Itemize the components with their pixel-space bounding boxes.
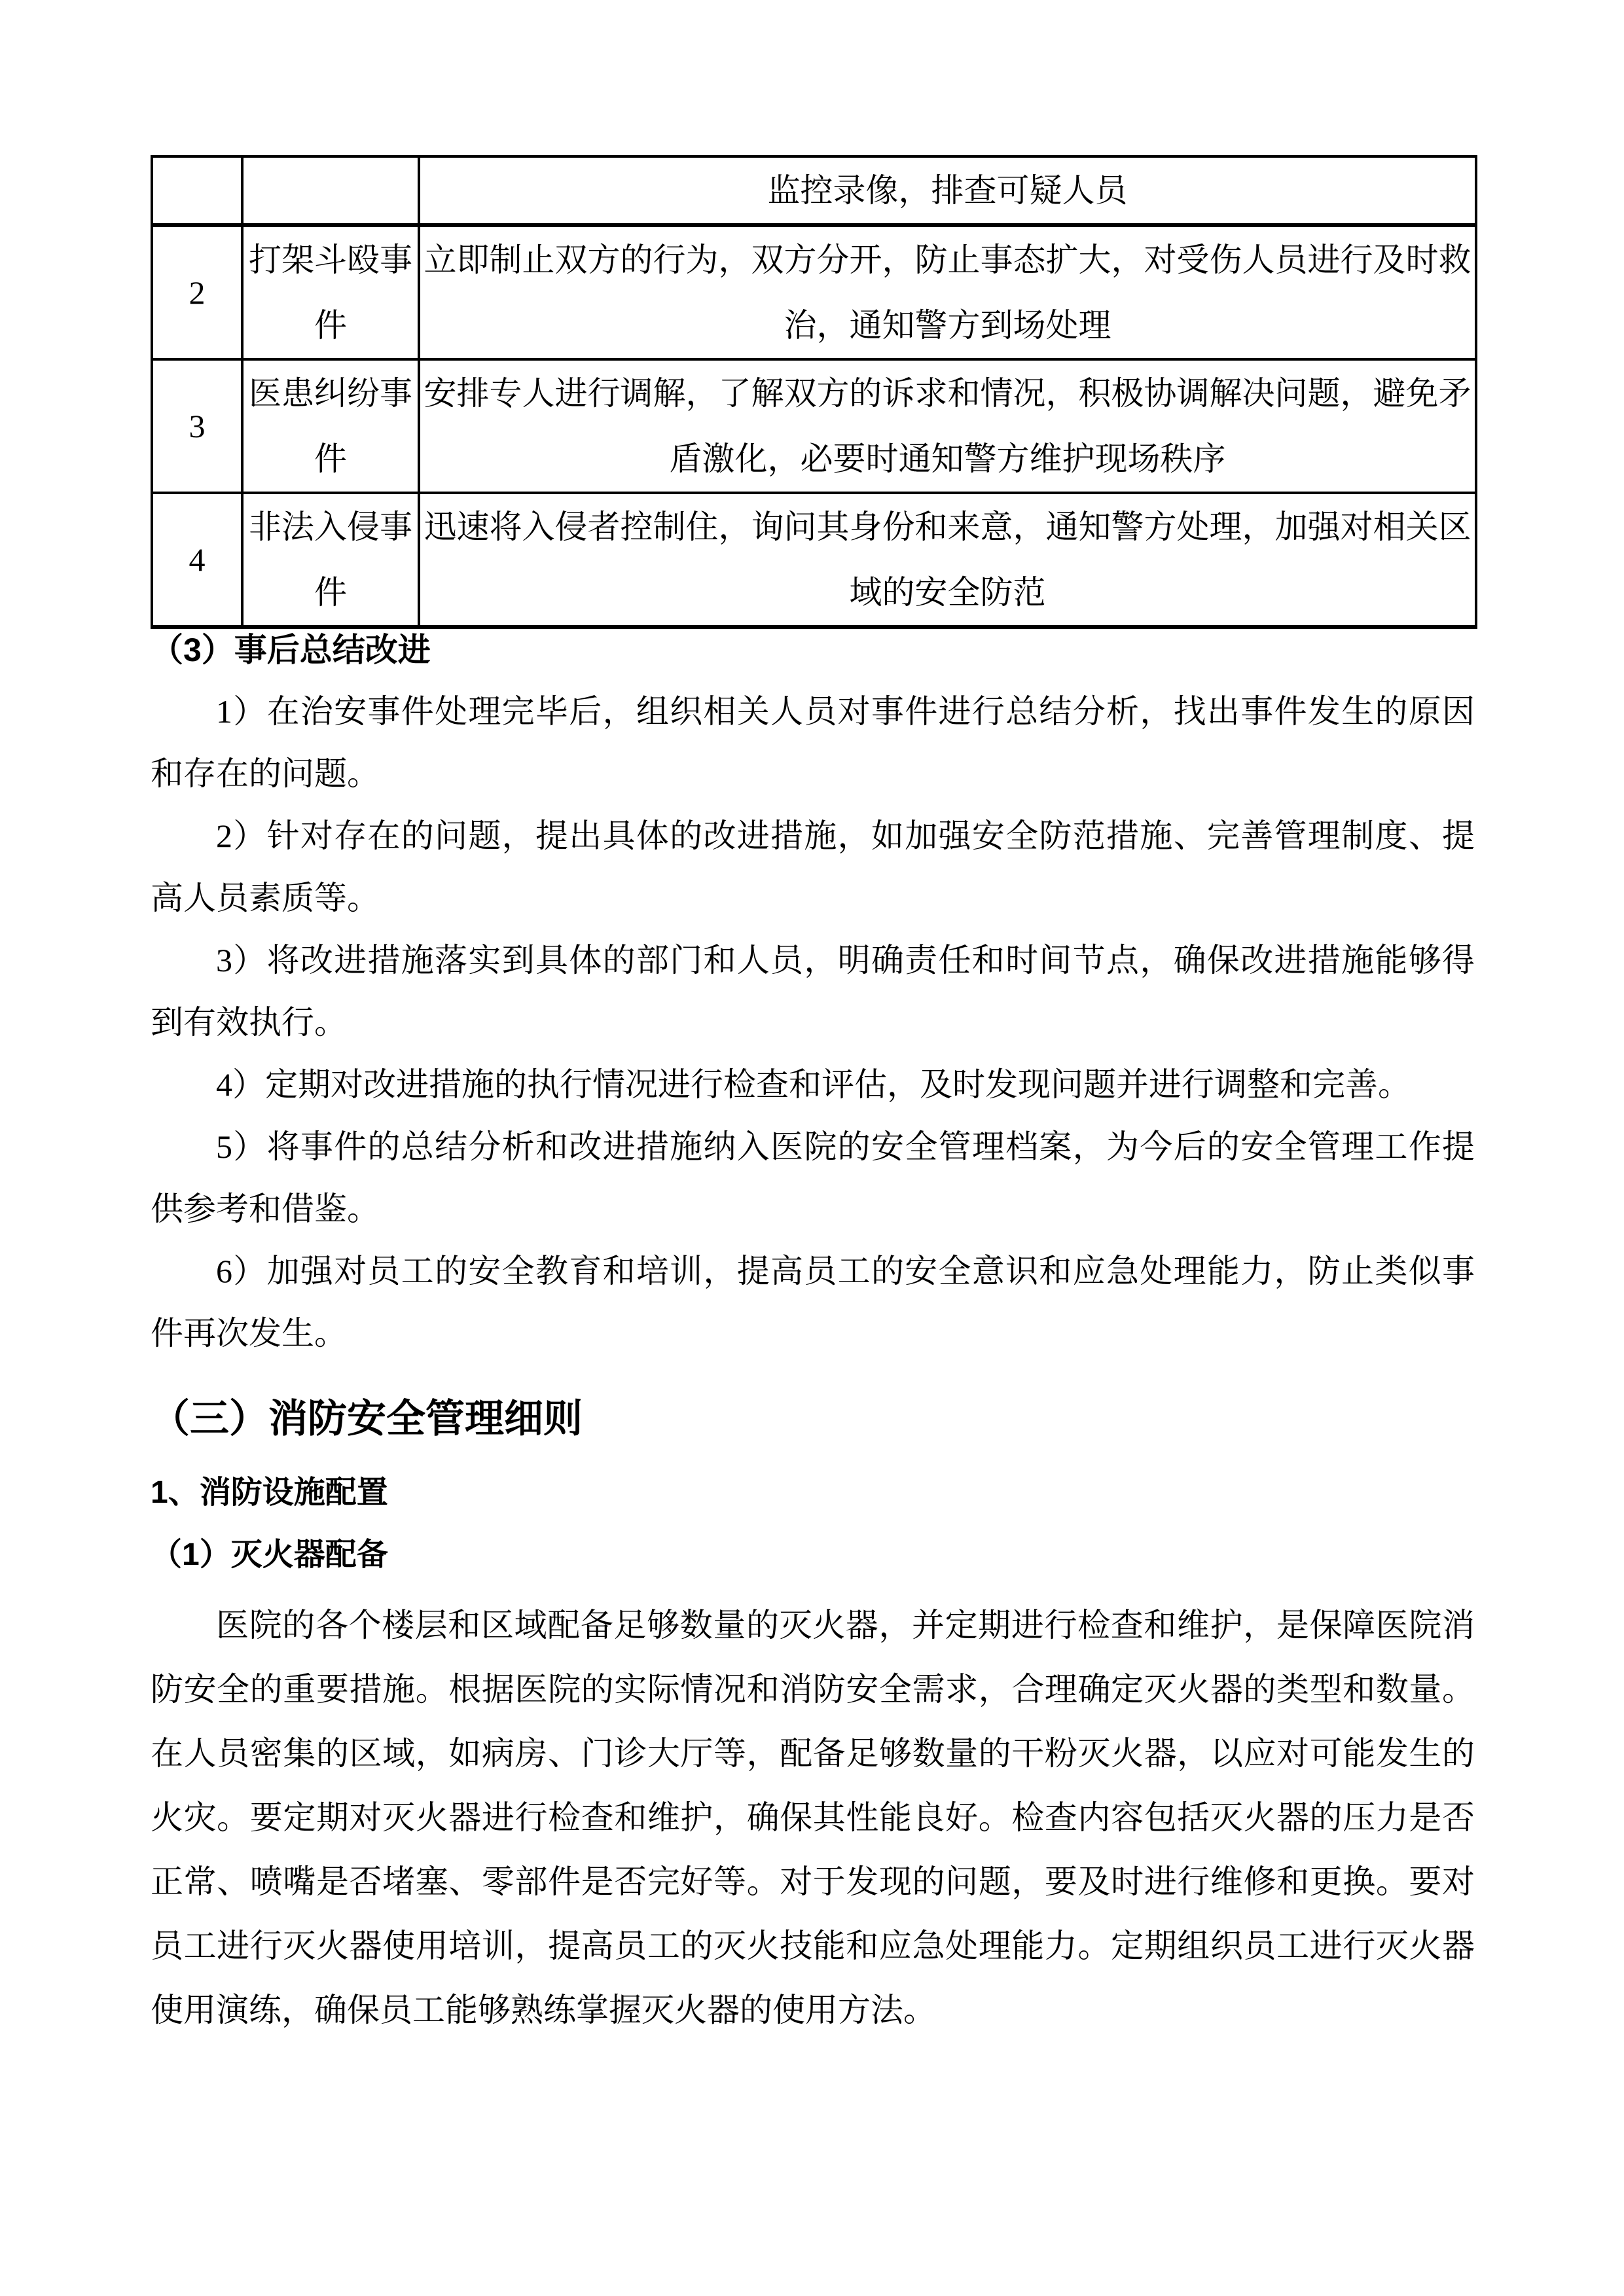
table-cell-number: 3 <box>152 359 242 493</box>
document-page: 监控录像，排查可疑人员 2 打架斗殴事件 立即制止双方的行为，双方分开，防止事态… <box>0 0 1624 2296</box>
table-row: 2 打架斗殴事件 立即制止双方的行为，双方分开，防止事态扩大，对受伤人员进行及时… <box>152 225 1476 359</box>
table-cell-response: 立即制止双方的行为，双方分开，防止事态扩大，对受伤人员进行及时救治，通知警方到场… <box>419 225 1476 359</box>
table-cell-event-type: 医患纠纷事件 <box>242 359 419 493</box>
incident-response-table: 监控录像，排查可疑人员 2 打架斗殴事件 立即制止双方的行为，双方分开，防止事态… <box>151 155 1477 629</box>
table-cell-response: 迅速将入侵者控制住，询问其身份和来意，通知警方处理，加强对相关区域的安全防范 <box>419 493 1476 627</box>
table-cell-response: 监控录像，排查可疑人员 <box>419 156 1476 225</box>
table-row: 3 医患纠纷事件 安排专人进行调解，了解双方的诉求和情况，积极协调解决问题，避免… <box>152 359 1476 493</box>
table-cell-response: 安排专人进行调解，了解双方的诉求和情况，积极协调解决问题，避免矛盾激化，必要时通… <box>419 359 1476 493</box>
paragraph-summary-item: 3）将改进措施落实到具体的部门和人员，明确责任和时间节点，确保改进措施能够得到有… <box>151 929 1475 1054</box>
table-row: 监控录像，排查可疑人员 <box>152 156 1476 225</box>
paragraph-summary-item: 2）针对存在的问题，提出具体的改进措施，如加强安全防范措施、完善管理制度、提高人… <box>151 805 1475 929</box>
table-cell-event-type <box>242 156 419 225</box>
table-cell-event-type: 打架斗殴事件 <box>242 225 419 359</box>
table-cell-number: 2 <box>152 225 242 359</box>
table-row: 4 非法入侵事件 迅速将入侵者控制住，询问其身份和来意，通知警方处理，加强对相关… <box>152 493 1476 627</box>
paragraph-extinguisher-detail: 医院的各个楼层和区域配备足够数量的灭火器，并定期进行检查和维护，是保障医院消防安… <box>151 1593 1475 2042</box>
table-cell-event-type: 非法入侵事件 <box>242 493 419 627</box>
paragraph-summary-item: 6）加强对员工的安全教育和培训，提高员工的安全意识和应急处理能力，防止类似事件再… <box>151 1240 1475 1365</box>
table-cell-number: 4 <box>152 493 242 627</box>
heading-extinguisher-provision: （1）灭火器配备 <box>151 1532 1475 1578</box>
paragraph-summary-item: 5）将事件的总结分析和改进措施纳入医院的安全管理档案，为今后的安全管理工作提供参… <box>151 1116 1475 1240</box>
heading-post-incident-summary: （3）事后总结改进 <box>151 629 1475 671</box>
table-cell-number <box>152 156 242 225</box>
paragraph-summary-item: 1）在治安事件处理完毕后，组织相关人员对事件进行总结分析，找出事件发生的原因和存… <box>151 681 1475 805</box>
paragraph-summary-item: 4）定期对改进措施的执行情况进行检查和评估，及时发现问题并进行调整和完善。 <box>151 1054 1475 1116</box>
heading-fire-safety-rules: （三）消防安全管理细则 <box>151 1393 1475 1445</box>
heading-fire-facility-config: 1、消防设施配置 <box>151 1470 1475 1516</box>
